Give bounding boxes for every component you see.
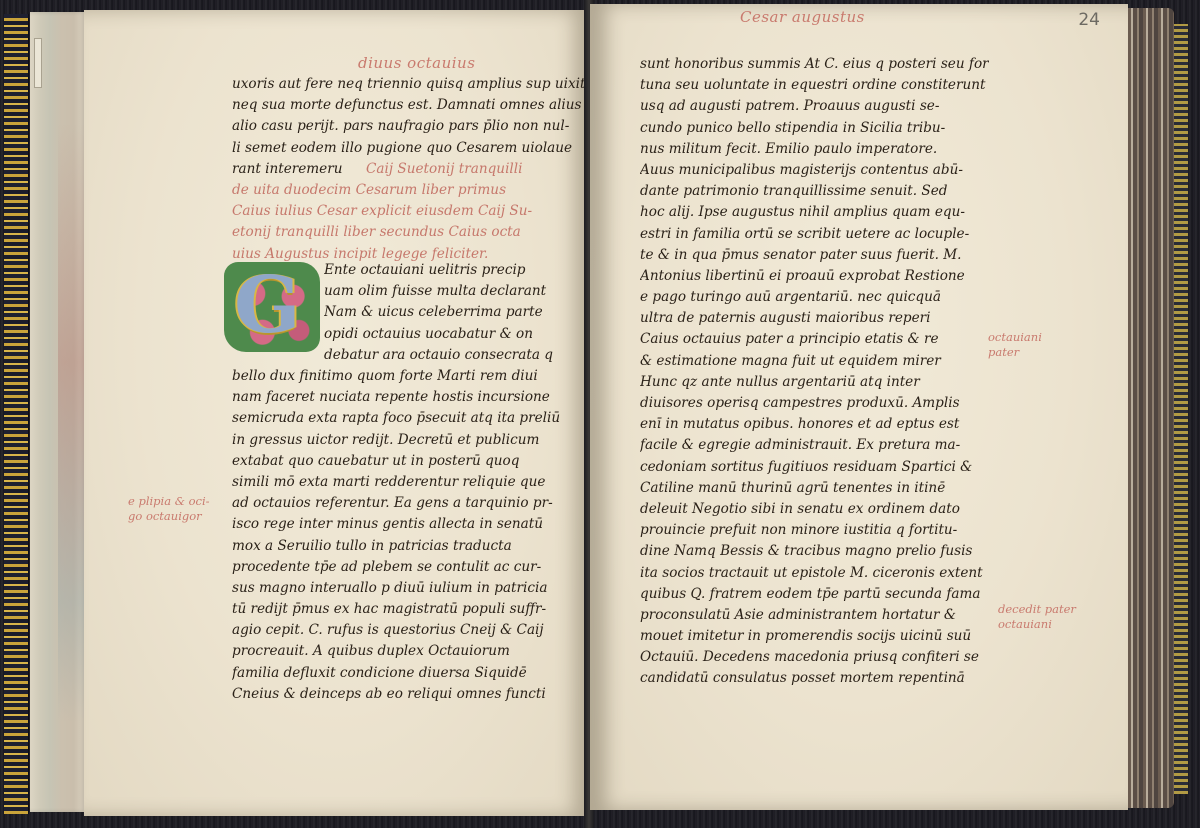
rubric-line: Caij Suetonij tranquilli xyxy=(366,159,522,180)
rubric-block: de uita duodecim Cesarum liber primus Ca… xyxy=(232,180,532,265)
text-line: Hunc qz ante nullus argentariū atq inter xyxy=(640,372,989,393)
text-line: tuna seu uoluntate in equestri ordine co… xyxy=(640,75,989,96)
text-line: uxoris aut fere neq triennio quisq ampli… xyxy=(232,74,585,95)
text-line: hoc alij. Ipse augustus nihil amplius qu… xyxy=(640,202,989,223)
text-line: mox a Seruilio tullo in patricias traduc… xyxy=(232,536,560,557)
text-line: & estimatione magna fuit ut equidem mire… xyxy=(640,351,989,372)
text-line: extabat quo cauebatur ut in posterū quoq xyxy=(232,451,560,472)
text-line: Catiline manū thurinū agrū tenentes in i… xyxy=(640,478,989,499)
text-line: bello dux finitimo quom forte Marti rem … xyxy=(232,366,560,387)
text-line: candidatū consulatus posset mortem repen… xyxy=(640,668,989,689)
text-line: quibus Q. fratrem eodem tp̄e partū secun… xyxy=(640,584,989,605)
text-line: Nam & uicus celeberrima parte xyxy=(324,302,553,323)
text-line: uam olim fuisse multa declarant xyxy=(324,281,553,302)
text-line: familia defluxit condicione diuersa Siqu… xyxy=(232,663,560,684)
left-text-body: bello dux finitimo quom forte Marti rem … xyxy=(232,366,560,705)
text-line: te & in qua p̄mus senator pater suus fue… xyxy=(640,245,989,266)
bookmark-tab xyxy=(34,38,42,88)
text-line: ita socios tractauit ut epistole M. cice… xyxy=(640,563,989,584)
left-page-block-edge xyxy=(30,12,86,812)
initial-adjacent-text: Ente octauiani uelitris precip uam olim … xyxy=(324,260,553,366)
open-manuscript-book: diuus octauius uxoris aut fere neq trien… xyxy=(0,0,1200,828)
text-line: enī in mutatus opibus. honores et ad ept… xyxy=(640,414,989,435)
right-page-block-edge xyxy=(1128,8,1174,808)
left-page: diuus octauius uxoris aut fere neq trien… xyxy=(84,10,588,816)
text-line: cundo punico bello stipendia in Sicilia … xyxy=(640,118,989,139)
text-line: estri in familia ortū se scribit uetere … xyxy=(640,224,989,245)
text-line: diuisores operisq campestres produxū. Am… xyxy=(640,393,989,414)
text-line: prouincie prefuit non minore iustitia q … xyxy=(640,520,989,541)
text-line: sunt honoribus summis At C. eius q poste… xyxy=(640,54,989,75)
text-line: Cneius & deinceps ab eo reliqui omnes fu… xyxy=(232,684,560,705)
text-line: semicruda exta rapta foco p̄secuit atq i… xyxy=(232,408,560,429)
text-line: in gressus uictor redijt. Decretū et pub… xyxy=(232,430,560,451)
text-line: tū redijt p̄mus ex hac magistratū populi… xyxy=(232,599,560,620)
text-line: nus militum fecit. Emilio paulo imperato… xyxy=(640,139,989,160)
text-line: cedoniam sortitus fugitiuos residuam Spa… xyxy=(640,457,989,478)
text-line: ultra de paternis augusti maioribus repe… xyxy=(640,308,989,329)
text-line: opidi octauius uocabatur & on xyxy=(324,324,553,345)
text-line: sus magno interuallo p diuū iulium in pa… xyxy=(232,578,560,599)
text-line: li semet eodem illo pugione quo Cesarem … xyxy=(232,138,585,159)
text-line: facile & egregie administrauit. Ex pretu… xyxy=(640,435,989,456)
text-line: ad octauios referentur. Ea gens a tarqui… xyxy=(232,493,560,514)
text-line: dante patrimonio tranquillissime senuit.… xyxy=(640,181,989,202)
text-line: mouet imitetur in promerendis socijs uic… xyxy=(640,626,989,647)
text-line: debatur ara octauio consecrata q xyxy=(324,345,553,366)
right-marginal-note-pater: octauiani pater xyxy=(988,330,1042,360)
text-line: e pago turingo auū argentariū. nec quicq… xyxy=(640,287,989,308)
right-marginal-note-decedit: decedit pater octauiani xyxy=(998,602,1076,632)
text-line: deleuit Negotio sibi in senatu ex ordine… xyxy=(640,499,989,520)
text-line: alio casu perijt. pars naufragio pars p̄… xyxy=(232,116,585,137)
illuminated-initial: G xyxy=(224,262,320,352)
rubric-line: de uita duodecim Cesarum liber primus xyxy=(232,180,532,201)
left-marginal-note: e plipia & oci- go octauigor xyxy=(128,494,210,524)
running-head-right: Cesar augustus xyxy=(740,8,865,26)
right-page: 24 Cesar augustus sunt honoribus summis … xyxy=(590,4,1128,810)
text-line: nam faceret nuciata repente hostis incur… xyxy=(232,387,560,408)
folio-number: 24 xyxy=(1078,10,1100,30)
initial-letter-g: G xyxy=(234,264,301,348)
right-text-body: sunt honoribus summis At C. eius q poste… xyxy=(640,54,989,690)
text-line: proconsulatū Asie administrantem hortatu… xyxy=(640,605,989,626)
text-line: Octauiū. Decedens macedonia priusq confi… xyxy=(640,647,989,668)
rubric-line: Caius iulius Cesar explicit eiusdem Caij… xyxy=(232,201,532,222)
text-line: procreauit. A quibus duplex Octauiorum xyxy=(232,641,560,662)
text-line: simili mō exta marti redderentur reliqui… xyxy=(232,472,560,493)
text-line: Antonius libertinū ei proauū exprobat Re… xyxy=(640,266,989,287)
text-line: Auus municipalibus magisterijs contentus… xyxy=(640,160,989,181)
right-cover-gilt-tooling xyxy=(1174,24,1188,794)
rubric-line: etonij tranquilli liber secundus Caius o… xyxy=(232,222,532,243)
left-cover-gilt-tooling xyxy=(4,14,29,814)
text-line: usq ad augusti patrem. Proauus augusti s… xyxy=(640,96,989,117)
text-line: Ente octauiani uelitris precip xyxy=(324,260,553,281)
text-line: procedente tp̄e ad plebem se contulit ac… xyxy=(232,557,560,578)
text-line: agio cepit. C. rufus is questorius Cneij… xyxy=(232,620,560,641)
text-line: neq sua morte defunctus est. Damnati omn… xyxy=(232,95,585,116)
text-line: Caius octauius pater a principio etatis … xyxy=(640,329,989,350)
text-line: dine Namq Bessis & tracibus magno prelio… xyxy=(640,541,989,562)
running-head-left: diuus octauius xyxy=(358,54,475,72)
text-line: rant interemerunt. xyxy=(232,159,342,180)
text-line: isco rege inter minus gentis allecta in … xyxy=(232,514,560,535)
